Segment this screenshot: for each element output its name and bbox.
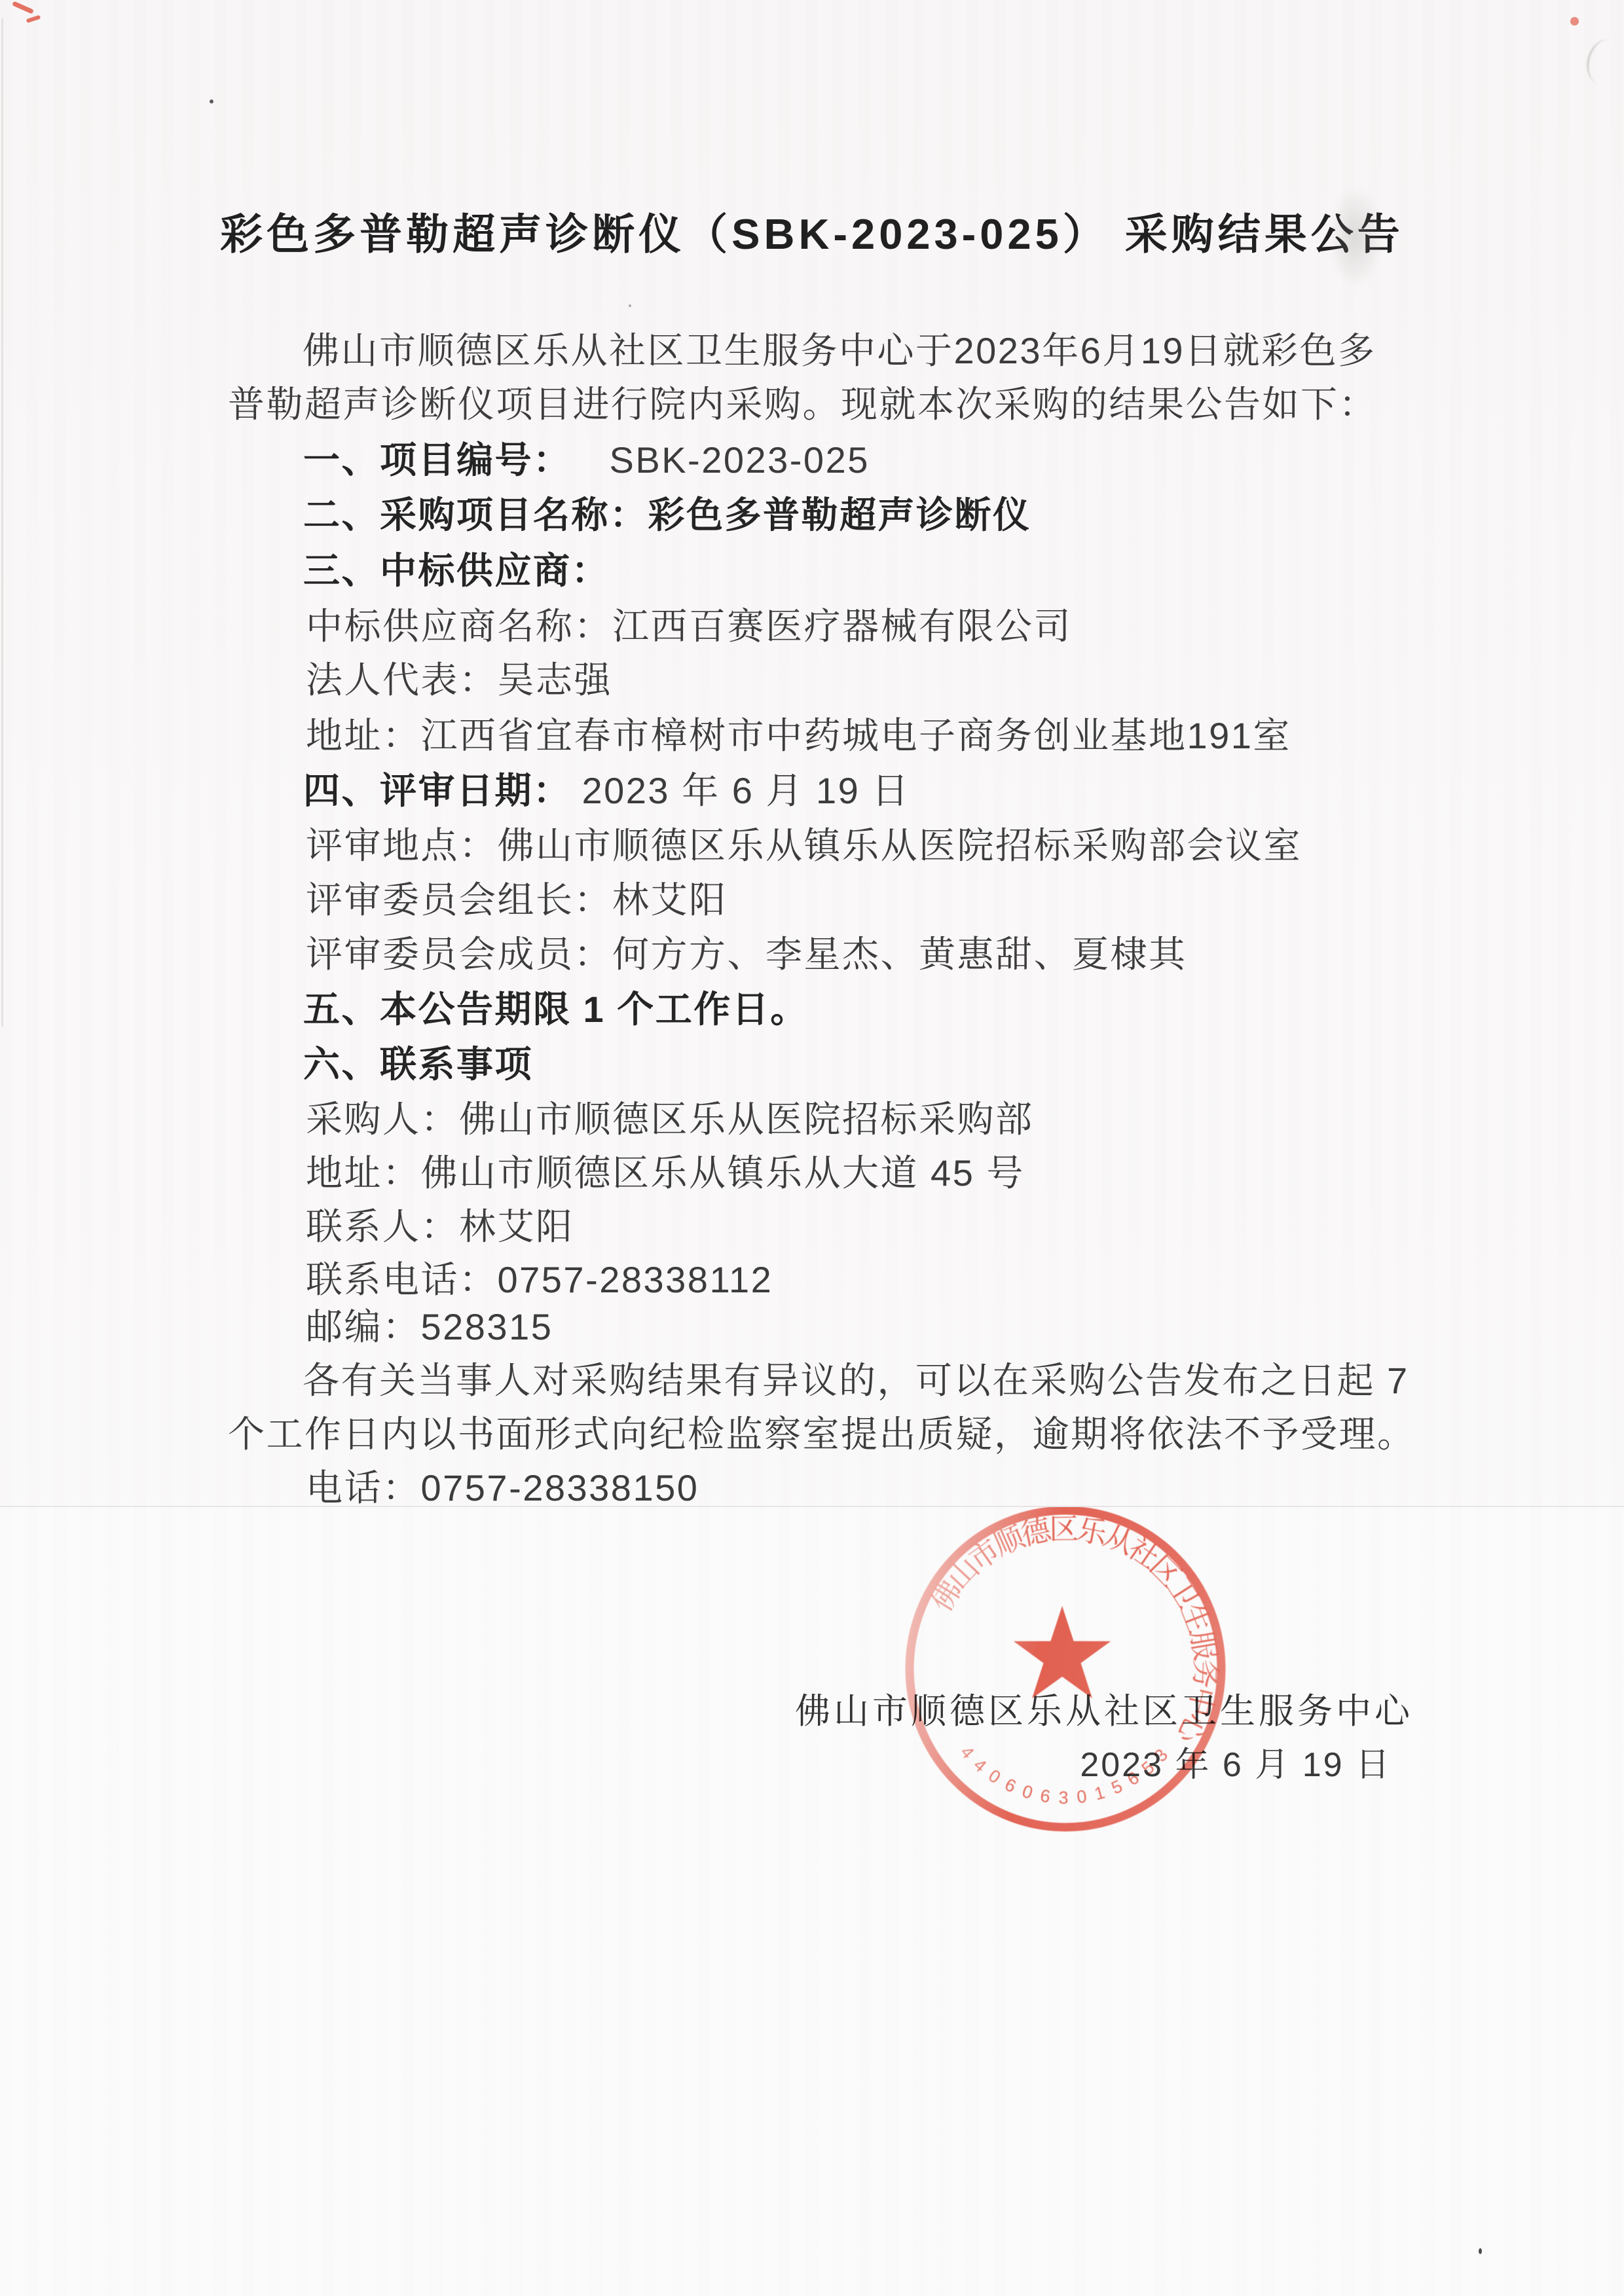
intro-line-2: 普勒超声诊断仪项目进行院内采购。现就本次采购的结果公告如下： (228, 385, 1377, 426)
scan-speck (629, 304, 631, 307)
official-seal: 佛山市顺德区乐从社区卫生服务中心 4406063015653 (903, 1505, 1230, 1834)
svg-text:4406063015653: 4406063015653 (957, 1742, 1172, 1808)
scan-speck (210, 100, 213, 103)
item-winning-supplier-label: 三、中标供应商： (303, 550, 610, 591)
legal-rep-line: 法人代表：吴志强 (306, 661, 612, 701)
item-project-name: 二、采购项目名称：彩色多普勒超声诊断仪 (303, 496, 1031, 536)
seal-star-icon (1014, 1606, 1111, 1698)
scan-edge-line (1, 18, 3, 1027)
item-project-number-value: SBK-2023-025 (610, 439, 870, 481)
item-notice-period: 五、本公告期限 1 个工作日。 (303, 990, 809, 1030)
objection-line-1: 各有关当事人对采购结果有异议的，可以在采购公告发布之日起 7 (303, 1361, 1409, 1402)
contact-person-line: 联系人：林艾阳 (306, 1207, 574, 1248)
item-review-date: 四、评审日期：2023 年 6 月 19 日 (303, 771, 910, 812)
supplier-address-line: 地址：江西省宜春市樟树市中药城电子商务创业基地191室 (306, 716, 1291, 757)
item-review-date-value: 2023 年 6 月 19 日 (582, 770, 910, 811)
objection-phone-line: 电话：0757-28338150 (306, 1468, 699, 1509)
committee-members-line: 评审委员会成员：何方方、李星杰、黄惠甜、夏棣其 (306, 935, 1187, 975)
purchaser-line: 采购人：佛山市顺德区乐从医院招标采购部 (306, 1100, 1034, 1140)
item-winning-supplier: 三、中标供应商： (303, 551, 610, 592)
item-project-number-label: 一、项目编号： (303, 439, 572, 481)
committee-leader-line: 评审委员会组长：林艾阳 (306, 881, 728, 921)
scanned-announcement-page: 彩色多普勒超声诊断仪（SBK-2023-025） 采购结果公告 佛山市顺德区乐从… (0, 0, 1624, 2296)
scan-horizontal-line (0, 1506, 1624, 1507)
item-project-name-value: 彩色多普勒超声诊断仪 (648, 494, 1031, 536)
scan-speck (1479, 2248, 1482, 2254)
red-corner-mark (1570, 17, 1579, 26)
item-contact-matters: 六、联系事项 (303, 1045, 533, 1085)
contact-phone-line: 联系电话：0757-28338112 (306, 1260, 773, 1301)
supplier-name-line: 中标供应商名称：江西百赛医疗器械有限公司 (306, 607, 1072, 647)
seal-ring-text: 佛山市顺德区乐从社区卫生服务中心 (925, 1512, 1223, 1750)
scan-smudge (1328, 185, 1383, 289)
intro-line-1: 佛山市顺德区乐从社区卫生服务中心于2023年6月19日就彩色多 (303, 331, 1376, 372)
item-project-name-label: 二、采购项目名称： (303, 494, 648, 536)
item-review-date-label: 四、评审日期： (303, 770, 572, 811)
item-project-number: 一、项目编号：SBK-2023-025 (303, 441, 870, 481)
review-location-line: 评审地点：佛山市顺德区乐从镇乐从医院招标采购部会议室 (306, 826, 1302, 867)
seal-serial-number: 4406063015653 (957, 1742, 1172, 1808)
item-notice-period-text: 五、本公告期限 1 个工作日。 (303, 989, 809, 1030)
svg-text:佛山市顺德区乐从社区卫生服务中心: 佛山市顺德区乐从社区卫生服务中心 (925, 1512, 1223, 1750)
postcode-line: 邮编：528315 (306, 1307, 553, 1348)
item-contact-matters-text: 六、联系事项 (303, 1044, 533, 1085)
objection-line-2: 个工作日内以书面形式向纪检监察室提出质疑，逾期将依法不予受理。 (228, 1415, 1416, 1455)
purchaser-address-line: 地址：佛山市顺德区乐从镇乐从大道 45 号 (306, 1154, 1025, 1194)
